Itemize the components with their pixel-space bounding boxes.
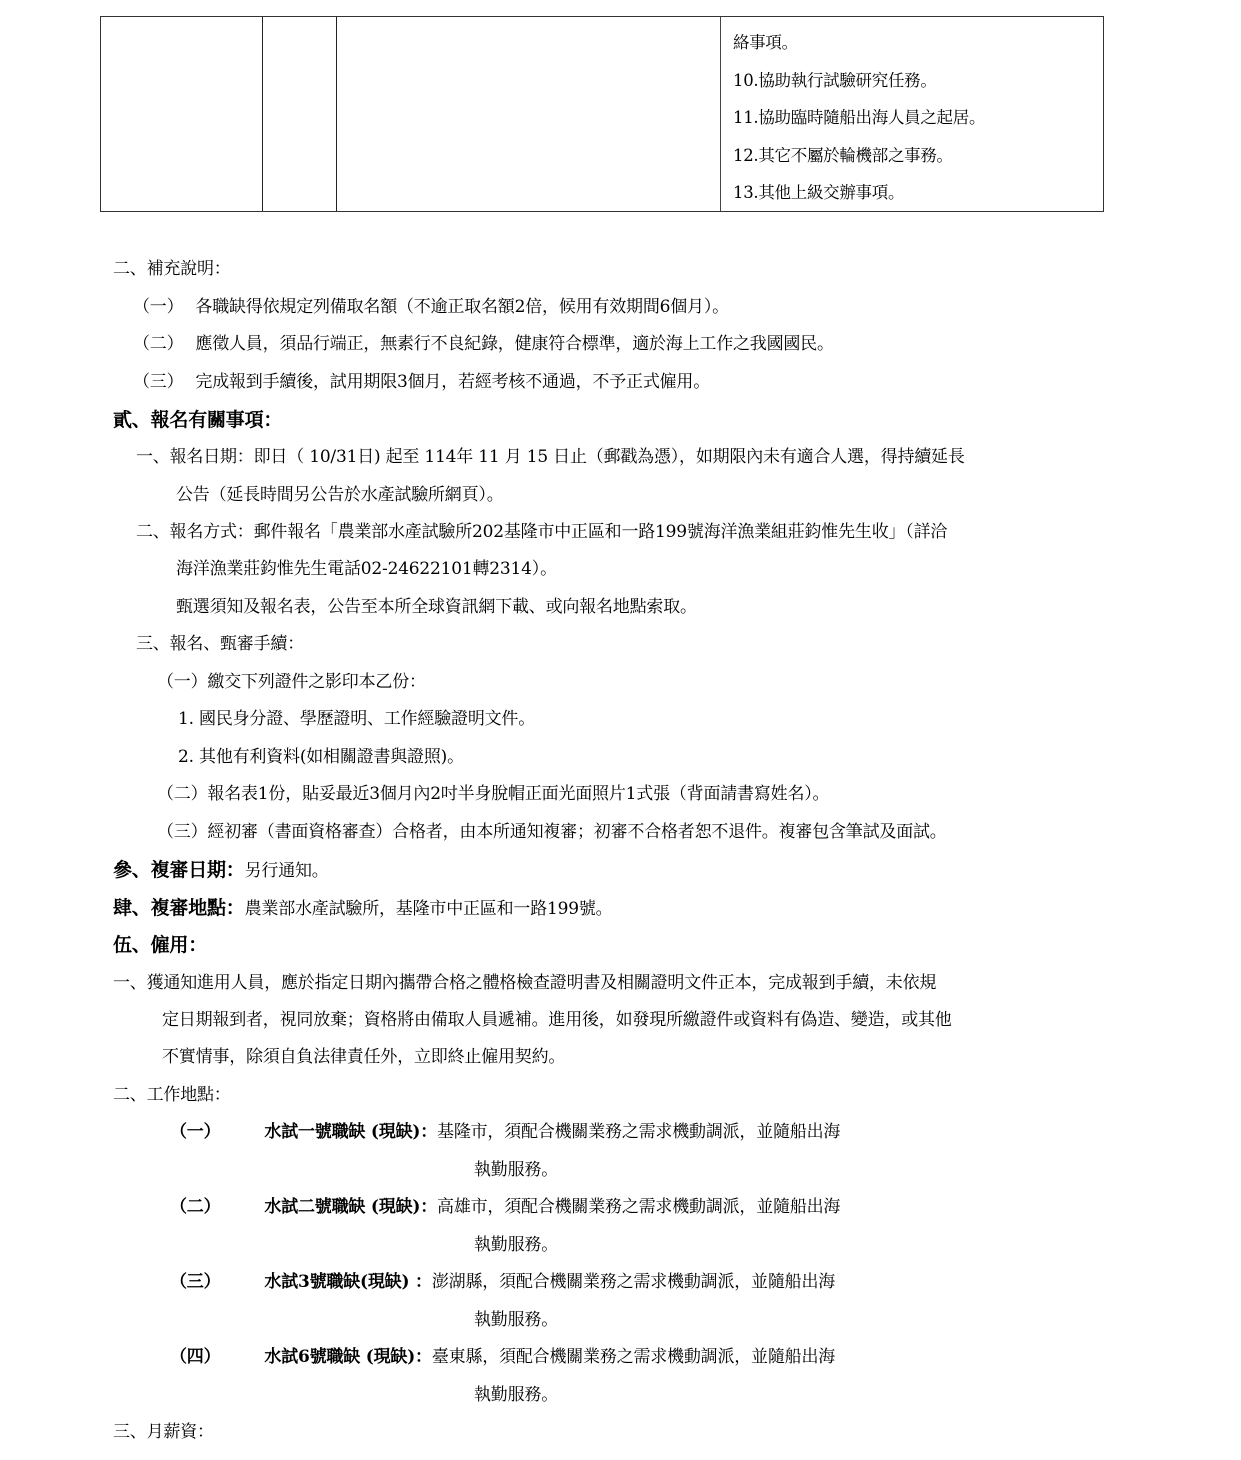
location-text: 澎湖縣，須配合機關業務之需求機動調派，並隨船出海 [432,1272,835,1292]
location-item: （三）水試3號職缺(現缺) ：澎湖縣，須配合機關業務之需求機動調派，並隨船出海 [170,1271,835,1293]
item-marker: （二） [170,1197,220,1217]
salary-heading: 三、月薪資： [113,1421,214,1443]
location-item: （四）水試6號職缺 (現缺)：臺東縣，須配合機關業務之需求機動調派，並隨船出海 [170,1346,835,1368]
item-marker: （一） [133,297,183,317]
location-text-cont: 執勤服務。 [474,1159,558,1181]
location-text-cont: 執勤服務。 [474,1309,558,1331]
registration-method-line: 甄選須知及報名表，公告至本所全球資訊網下載、或向報名地點索取。 [176,596,697,618]
location-text: 基隆市，須配合機關業務之需求機動調派，並隨船出海 [437,1122,840,1142]
document-page: 絡事項。 10.協助執行試驗研究任務。 11.協助臨時隨船出海人員之起居。 12… [0,0,1241,1460]
duties-table-fragment: 絡事項。 10.協助執行試驗研究任務。 11.協助臨時隨船出海人員之起居。 12… [100,16,1104,212]
section-heading-review-date: 參、複審日期： [113,859,245,881]
location-item: （一）水試一號職缺 (現缺)：基隆市，須配合機關業務之需求機動調派，並隨船出海 [170,1121,840,1143]
supplement-heading: 二、補充說明： [113,258,231,280]
procedure-heading: 三、報名、甄審手續： [136,633,304,655]
table-cell-duties: 絡事項。 10.協助執行試驗研究任務。 11.協助臨時隨船出海人員之起居。 12… [721,17,1103,211]
position-name: 水試6號職缺 (現缺)： [264,1347,431,1367]
section-heading-registration: 貳、報名有關事項： [113,409,282,431]
table-cell-empty [337,17,721,211]
section-heading-employment: 伍、僱用： [113,934,207,956]
location-text: 高雄市，須配合機關業務之需求機動調派，並隨船出海 [437,1197,840,1217]
item-text: 應徵人員，須品行端正，無素行不良紀錄，健康符合標準，適於海上工作之我國國民。 [195,334,833,354]
employment-line: 定日期報到者，視同放棄；資格將由備取人員遞補。進用後，如發現所繳證件或資料有偽造… [162,1009,952,1031]
supplement-item: （二）應徵人員，須品行端正，無素行不良紀錄，健康符合標準，適於海上工作之我國國民… [133,333,834,355]
review-location-line: 肆、複審地點：農業部水產試驗所，基隆市中正區和一路199號。 [113,897,612,920]
item-marker: （三） [170,1272,220,1292]
duty-line: 11.協助臨時隨船出海人員之起居。 [733,99,1103,137]
review-location-text: 農業部水產試驗所，基隆市中正區和一路199號。 [245,899,613,919]
employment-line: 不實情事，除須自負法律責任外，立即終止僱用契約。 [162,1046,565,1068]
procedure-sub: （二）報名表1份，貼妥最近3個月內2吋半身脫帽正面光面照片1式張（背面請書寫姓名… [157,783,829,805]
procedure-sub: （三）經初審（書面資格審查）合格者，由本所通知複審；初審不合格者恕不退件。複審包… [157,821,947,843]
supplement-item: （一）各職缺得依規定列備取名額（不逾正取名額2倍，候用有效期間6個月）。 [133,296,729,318]
item-marker: （四） [170,1347,220,1367]
procedure-sub: （一）繳交下列證件之影印本乙份： [157,671,426,693]
duty-line: 12.其它不屬於輪機部之事務。 [733,137,1103,175]
procedure-sub-item: 2. 其他有利資料(如相關證書與證照)。 [178,746,464,768]
registration-date-line: 公告（延長時間另公告於水產試驗所網頁）。 [176,484,504,506]
table-cell-empty [101,17,263,211]
location-item: （二）水試二號職缺 (現缺)：高雄市，須配合機關業務之需求機動調派，並隨船出海 [170,1196,840,1218]
registration-method-line: 二、報名方式：郵件報名「農業部水產試驗所202基隆市中正區和一路199號海洋漁業… [136,521,947,543]
item-marker: （二） [133,334,183,354]
procedure-sub-item: 1. 國民身分證、學歷證明、工作經驗證明文件。 [178,708,535,730]
position-name: 水試3號職缺(現缺) ： [264,1272,431,1292]
duty-line: 13.其他上級交辦事項。 [733,174,1103,212]
item-marker: （三） [133,372,183,392]
position-name: 水試一號職缺 (現缺)： [264,1122,437,1142]
duty-line: 絡事項。 [733,24,1103,62]
location-text: 臺東縣，須配合機關業務之需求機動調派，並隨船出海 [432,1347,835,1367]
location-text-cont: 執勤服務。 [474,1384,558,1406]
item-text: 各職缺得依規定列備取名額（不逾正取名額2倍，候用有效期間6個月）。 [195,297,729,317]
review-date-line: 參、複審日期：另行通知。 [113,859,329,882]
section-heading-review-location: 肆、複審地點： [113,897,245,919]
supplement-item: （三）完成報到手續後，試用期限3個月，若經考核不通過，不予正式僱用。 [133,371,710,393]
registration-method-line: 海洋漁業莊鈞惟先生電話02-24622101轉2314）。 [176,558,557,580]
item-marker: （一） [170,1122,220,1142]
employment-line: 一、獲通知進用人員，應於指定日期內攜帶合格之體格檢查證明書及相關證明文件正本，完… [113,972,936,994]
work-location-heading: 二、工作地點： [113,1084,231,1106]
review-date-text: 另行通知。 [245,861,329,881]
item-text: 完成報到手續後，試用期限3個月，若經考核不通過，不予正式僱用。 [195,372,710,392]
duty-line: 10.協助執行試驗研究任務。 [733,62,1103,100]
position-name: 水試二號職缺 (現缺)： [264,1197,437,1217]
table-cell-empty [263,17,337,211]
registration-date-line: 一、報名日期：即日（ 10/31日) 起至 114年 11 月 15 日止（郵戳… [136,446,965,468]
location-text-cont: 執勤服務。 [474,1234,558,1256]
